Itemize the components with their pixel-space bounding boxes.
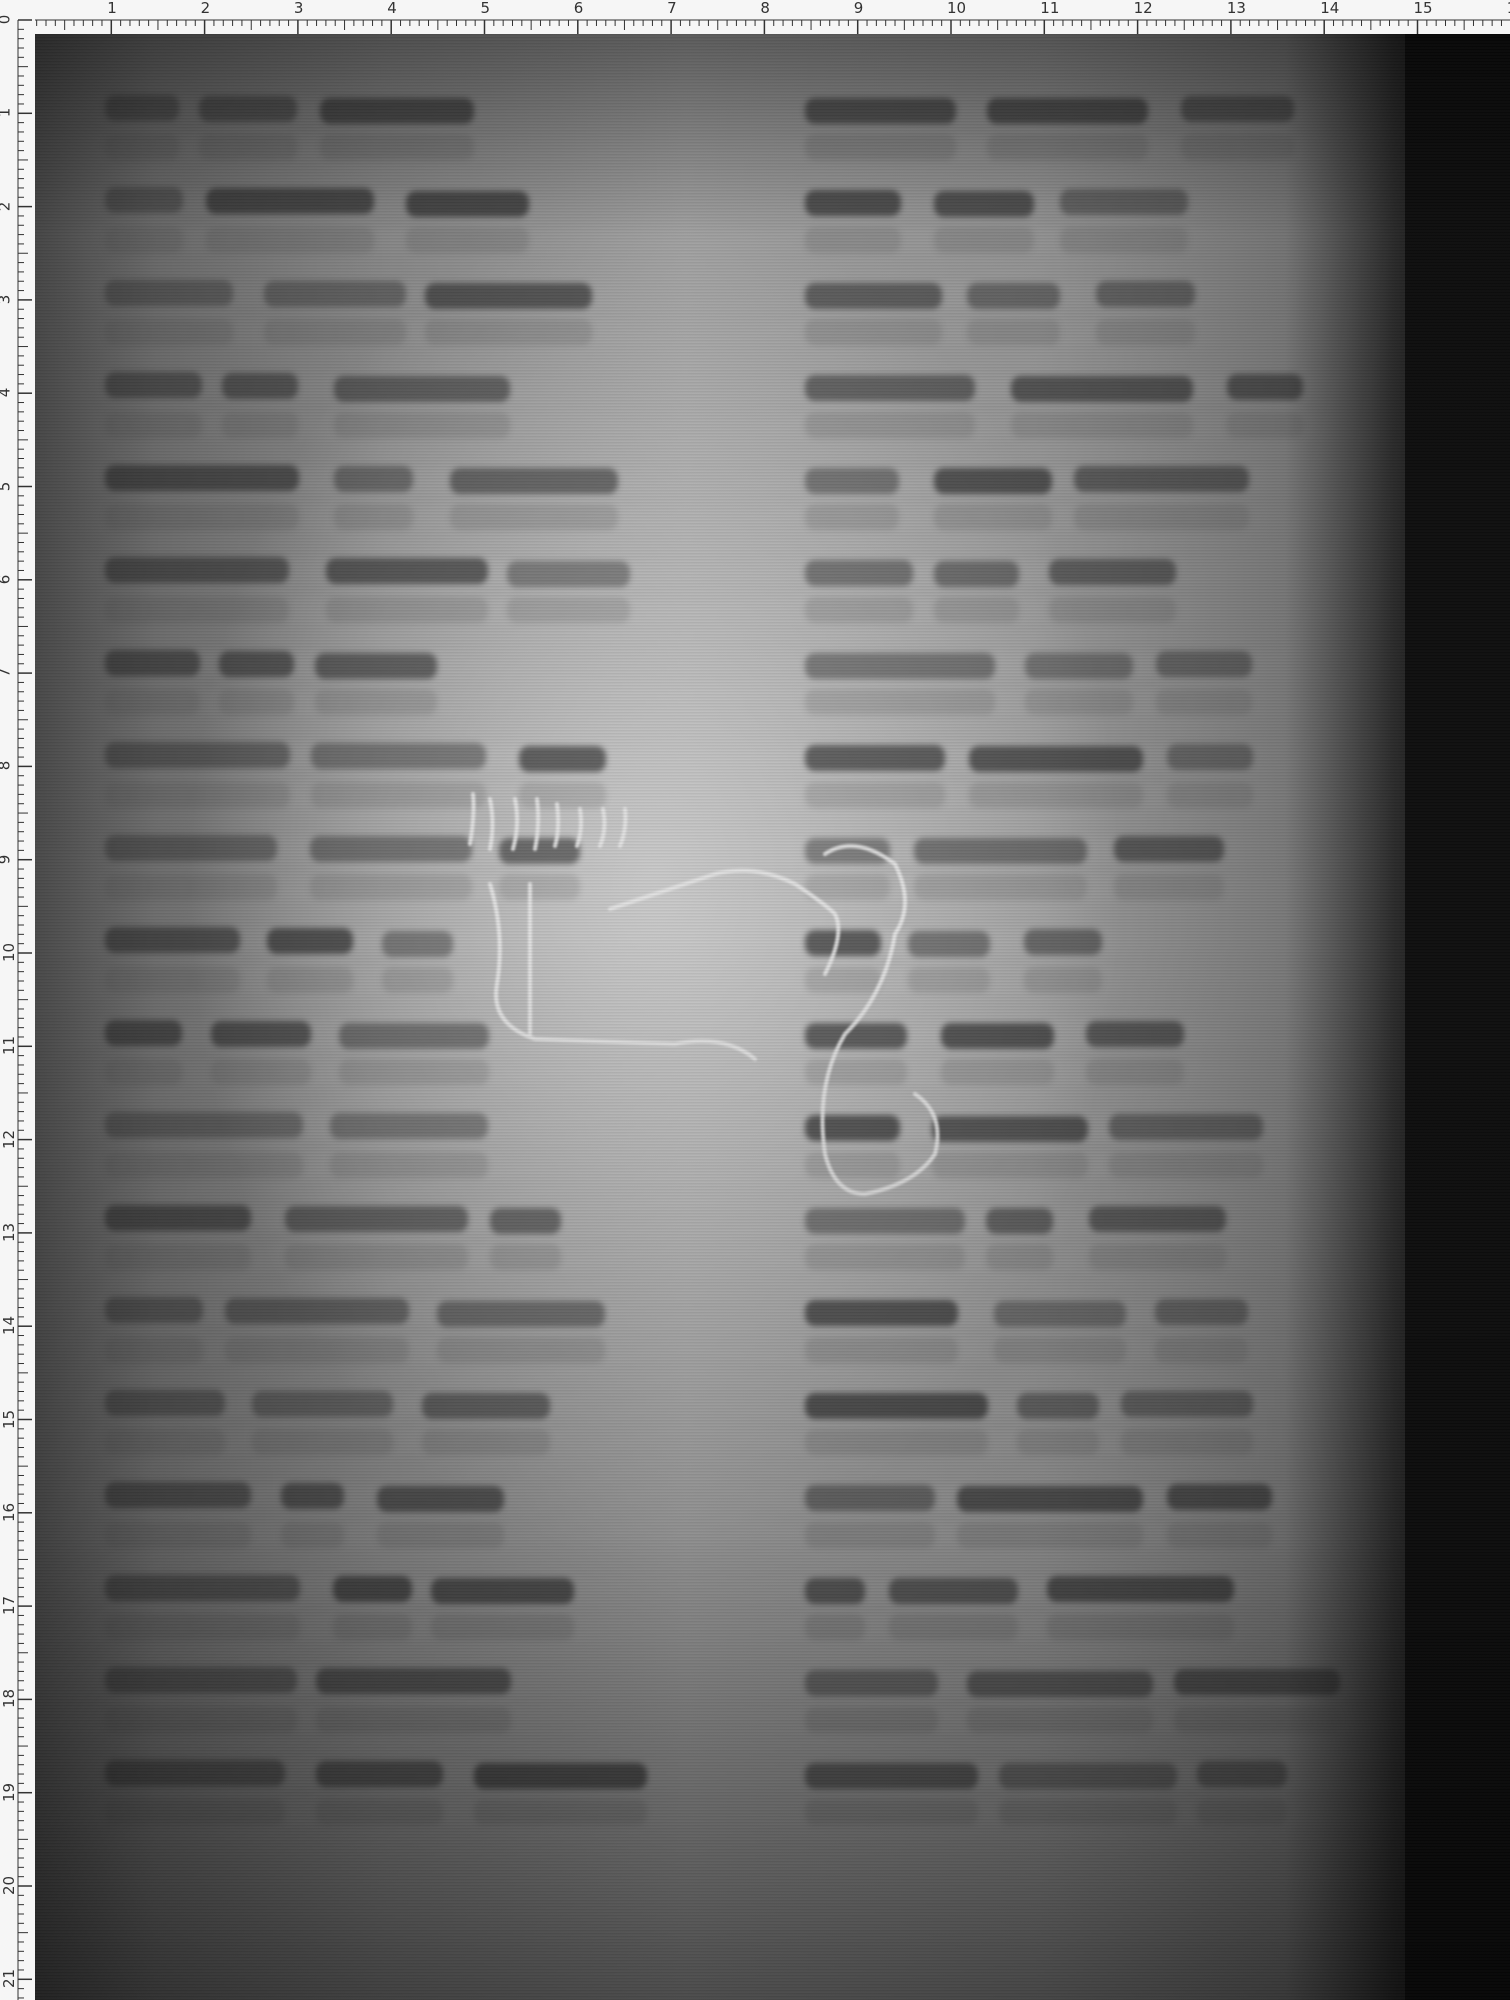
ruler-left-label: 6 [0, 575, 12, 585]
ruler-top-label: 1 [107, 1, 117, 16]
ruler-left-label: 9 [0, 854, 12, 864]
ruler-left-label: 12 [2, 1130, 17, 1149]
ruler-top: 01234567891011121314151 [0, 0, 1510, 34]
ruler-top-label: 12 [1134, 1, 1153, 16]
ruler-top-label: 2 [201, 1, 211, 16]
ruler-top-label: 8 [760, 1, 770, 16]
ruler-left-label: 3 [0, 295, 12, 305]
ruler-top-label: 4 [387, 1, 397, 16]
ruler-left: 0123456789101112131415161718192021 [0, 0, 35, 2000]
ruler-left-label: 15 [2, 1409, 17, 1428]
ruler-left-label: 7 [0, 668, 12, 678]
ruler-top-label: 14 [1320, 1, 1339, 16]
ruler-left-label: 4 [0, 388, 12, 398]
ruler-top-label: 11 [1040, 1, 1059, 16]
ruler-top-label: 7 [667, 1, 677, 16]
ruler-top-label: 15 [1414, 1, 1433, 16]
ruler-left-label: 11 [2, 1036, 17, 1055]
ruler-top-label: 9 [854, 1, 864, 16]
ruler-left-label: 20 [2, 1876, 17, 1895]
manuscript-scan [35, 34, 1510, 2000]
ruler-top-label: 6 [574, 1, 584, 16]
ruler-left-label: 10 [2, 943, 17, 962]
ruler-left-label: 16 [2, 1503, 17, 1522]
ruler-top-label: 13 [1227, 1, 1246, 16]
ruler-left-label: 8 [0, 761, 12, 771]
ruler-top-label: 5 [481, 1, 491, 16]
ruler-left-label: 5 [0, 481, 12, 491]
scanline-texture [35, 34, 1510, 2000]
ruler-left-label: 19 [2, 1783, 17, 1802]
ruler-left-label: 14 [2, 1316, 17, 1335]
ruler-left-label: 17 [2, 1596, 17, 1615]
ruler-left-label: 0 [0, 15, 12, 25]
ruler-left-label: 18 [2, 1689, 17, 1708]
ruler-left-label: 1 [0, 108, 12, 118]
ruler-top-label: 3 [294, 1, 304, 16]
ruler-left-label: 21 [2, 1969, 17, 1988]
ruler-left-label: 2 [0, 201, 12, 211]
ruler-left-label: 13 [2, 1223, 17, 1242]
ruler-top-label: 10 [947, 1, 966, 16]
